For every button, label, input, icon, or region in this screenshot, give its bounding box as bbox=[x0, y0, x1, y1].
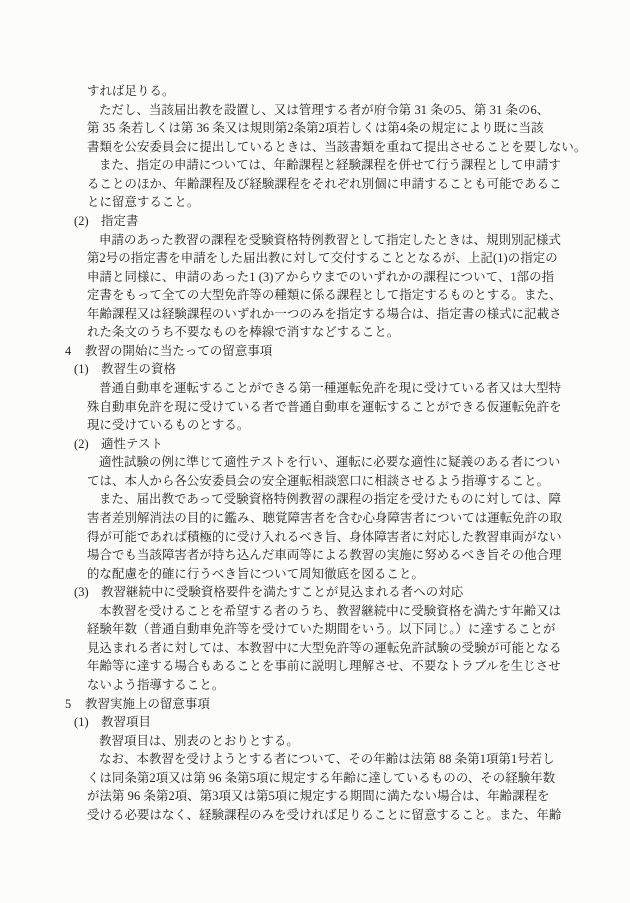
document-line: 教習項目は、別表のとおりとする。 bbox=[87, 732, 612, 751]
section-heading-level1: 5教習実施上の留意事項 bbox=[65, 695, 612, 714]
document-line: ることのほか、年齢課程及び経験課程をそれぞれ別個に申請することも可能であるこ bbox=[87, 175, 612, 194]
section-heading-level2: (2)指定書 bbox=[65, 212, 612, 231]
section-title: 教習項目 bbox=[101, 715, 151, 729]
section-title: 適性テスト bbox=[101, 437, 163, 451]
document-line: 受ける必要はなく、経験課程のみを受ければ足りることに留意すること。また、年齢 bbox=[87, 806, 612, 825]
document-line: ただし、当該届出教を設置し、又は管理する者が府令第 31 条の5、第 31 条の… bbox=[87, 101, 612, 120]
document-line: 得が可能であれば積極的に受け入れるべき旨、身体障害者に対応した教習車両がない bbox=[87, 528, 612, 547]
section-number: (1) bbox=[74, 360, 101, 379]
document-line: 申請と同様に、申請のあった1 (3)アからウまでのいずれかの課程について、1部の… bbox=[87, 268, 612, 287]
section-title: 教習生の資格 bbox=[101, 362, 176, 376]
document-line: 書類を公安委員会に提出しているときは、当該書類を重ねて提出させることを要しない。 bbox=[87, 138, 612, 157]
section-number: (3) bbox=[74, 583, 101, 602]
section-heading-level1: 4教習の開始に当たっての留意事項 bbox=[65, 342, 612, 361]
document-line: 適性試験の例に準じて適性テストを行い、運転に必要な適性に疑義のある者につい bbox=[87, 453, 612, 472]
section-number: (2) bbox=[74, 435, 101, 454]
section-title: 教習実施上の留意事項 bbox=[85, 697, 210, 711]
document-line: れた条文のうち不要なものを棒線で消すなどすること。 bbox=[87, 323, 612, 342]
section-title: 教習の開始に当たっての留意事項 bbox=[85, 344, 272, 358]
section-title: 指定書 bbox=[101, 214, 138, 228]
document-line: また、届出教であって受験資格特例教習の課程の指定を受けたものに対しては、障 bbox=[87, 490, 612, 509]
document-line: 年齢等に達する場合もあることを事前に説明し理解させ、不要なトラブルを生じさせ bbox=[87, 657, 612, 676]
document-line: 第2号の指定書を申請をした届出教に対して交付することとなるが、上記(1)の指定の bbox=[87, 249, 612, 268]
document-line: 年齢課程又は経験課程のいずれか一つのみを指定する場合は、指定書の様式に記載さ bbox=[87, 305, 612, 324]
document-line: 殊自動車免許を現に受けている者で普通自動車を運転することができる仮運転免許を bbox=[87, 398, 612, 417]
section-number: 5 bbox=[65, 695, 85, 714]
document-line: また、指定の申請については、年齢課程と経験課程を併せて行う課程として申請す bbox=[87, 156, 612, 175]
document-body: すれば足りる。 ただし、当該届出教を設置し、又は管理する者が府令第 31 条の5… bbox=[65, 82, 612, 825]
document-line: くは同条第2項又は第 96 条第5項に規定する年齢に達しているものの、その経験年… bbox=[87, 769, 612, 788]
document-line: 害者差別解消法の目的に鑑み、聴覚障害者を含む心身障害者については運転免許の取 bbox=[87, 509, 612, 528]
section-title: 教習継続中に受験資格要件を満たすことが見込まれる者への対応 bbox=[101, 585, 463, 599]
section-number: (2) bbox=[74, 212, 101, 231]
document-line: 本教習を受けることを希望する者のうち、教習継続中に受験資格を満たす年齢又は bbox=[87, 602, 612, 621]
document-line: 申請のあった教習の課程を受験資格特例教習として指定したときは、規則別記様式 bbox=[87, 231, 612, 250]
document-line: ないよう指導すること。 bbox=[87, 676, 612, 695]
document-line: すれば足りる。 bbox=[87, 82, 612, 101]
document-line: 経験年数（普通自動車免許等を受けていた期間をいう。以下同じ。）に達することが bbox=[87, 620, 612, 639]
document-line: 的な配慮を的確に行うべき旨について周知徹底を図ること。 bbox=[87, 565, 612, 584]
section-heading-level2: (1)教習項目 bbox=[65, 713, 612, 732]
section-number: (1) bbox=[74, 713, 101, 732]
document-line: 定書をもって全ての大型免許等の種類に係る課程として指定するものとする。また、 bbox=[87, 286, 612, 305]
document-line: なお、本教習を受けようとする者について、その年齢は法第 88 条第1項第1号若し bbox=[87, 750, 612, 769]
document-line: 第 35 条若しくは第 36 条又は規則第2条第2項若しくは第4条の規定により既… bbox=[87, 119, 612, 138]
document-line: ては、本人から各公安委員会の安全運転相談窓口に相談させるよう指導すること。 bbox=[87, 472, 612, 491]
section-number: 4 bbox=[65, 342, 85, 361]
document-line: とに留意すること。 bbox=[87, 193, 612, 212]
section-heading-level2: (2)適性テスト bbox=[65, 435, 612, 454]
section-heading-level2: (3)教習継続中に受験資格要件を満たすことが見込まれる者への対応 bbox=[65, 583, 612, 602]
section-heading-level2: (1)教習生の資格 bbox=[65, 360, 612, 379]
document-line: 見込まれる者に対しては、本教習中に大型免許等の運転免許試験の受験が可能となる bbox=[87, 639, 612, 658]
document-line: 普通自動車を運転することができる第一種運転免許を現に受けている者又は大型特 bbox=[87, 379, 612, 398]
document-line: 場合でも当該障害者が持ち込んだ車両等による教習の実施に努めるべき旨その他合理 bbox=[87, 546, 612, 565]
document-page: すれば足りる。 ただし、当該届出教を設置し、又は管理する者が府令第 31 条の5… bbox=[0, 0, 630, 903]
document-line: 現に受けているものとする。 bbox=[87, 416, 612, 435]
document-line: が法第 96 条第2項、第3項又は第5項に規定する期間に満たない場合は、年齢課程… bbox=[87, 787, 612, 806]
